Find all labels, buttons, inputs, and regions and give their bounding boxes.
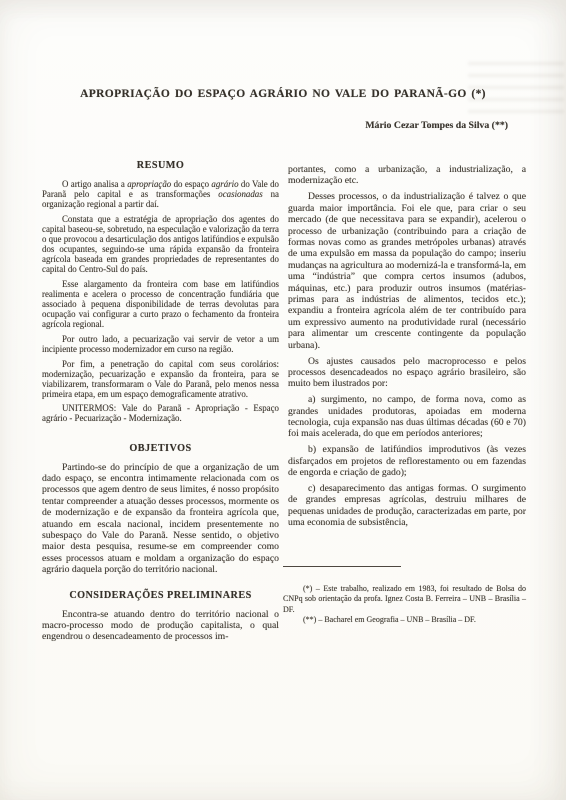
resumo-p1-italic-agrario: agrário <box>211 179 238 189</box>
list-item-c: c) desaparecimento das antigas formas. O… <box>288 483 526 529</box>
resumo-p1-mid1: do espaço <box>171 179 211 189</box>
footnote-2: (**) – Bacharel em Geografia – UNB – Bra… <box>283 615 526 625</box>
right-column: portantes, como a urbanização, a industr… <box>288 164 526 533</box>
resumo-paragraph-4: Por outro lado, a pecuarização vai servi… <box>42 334 279 354</box>
paper-author: Mário Cezar Tompes da Silva (**) <box>240 120 508 131</box>
ajustes-paragraph: Os ajustes causados pelo macroprocesso e… <box>288 356 526 390</box>
footnote-block: (*) – Este trabalho, realizado em 1983, … <box>283 566 526 626</box>
scanned-paper-page: APROPRIAÇÃO DO ESPAÇO AGRÁRIO NO VALE DO… <box>0 0 566 800</box>
objetivos-paragraph: Partindo-se do princípio de que a organi… <box>42 462 279 576</box>
resumo-p1-italic-apropriacao: apropriação <box>127 179 171 189</box>
objetivos-heading: OBJETIVOS <box>42 443 279 454</box>
continuation-paragraph: portantes, como a urbanização, a industr… <box>288 164 526 187</box>
paper-title: APROPRIAÇÃO DO ESPAÇO AGRÁRIO NO VALE DO… <box>40 88 526 100</box>
resumo-paragraph-3: Esse alargamento da fronteira com base e… <box>42 279 279 329</box>
consideracoes-paragraph: Encontra-se atuando dentro do território… <box>42 609 279 643</box>
resumo-p1-lead: O artigo analisa a <box>62 179 127 189</box>
resumo-paragraph-1: O artigo analisa a apropriação do espaço… <box>42 179 279 209</box>
resumo-paragraph-5: Por fim, a penetração do capital com seu… <box>42 359 279 399</box>
consideracoes-heading: CONSIDERAÇÕES PRELIMINARES <box>42 590 279 601</box>
list-item-b: b) expansão de latifúndios improdutivos … <box>288 444 526 478</box>
resumo-p1-italic-ocasionadas: ocasionadas <box>218 189 262 199</box>
ink-bleedthrough-artifact <box>468 58 564 114</box>
unitermos-paragraph: UNITERMOS: Vale do Paranã - Apropriação … <box>42 403 279 423</box>
list-item-a: a) surgimento, no campo, de forma nova, … <box>288 394 526 440</box>
industrializacao-paragraph: Desses processos, o da industrialização … <box>288 191 526 351</box>
resumo-paragraph-2: Constata que a estratégia de apropriação… <box>42 214 279 275</box>
footnote-1: (*) – Este trabalho, realizado em 1983, … <box>283 584 526 615</box>
resumo-heading: RESUMO <box>42 160 279 171</box>
footnote-separator <box>283 566 401 567</box>
left-column: RESUMO O artigo analisa a apropriação do… <box>42 160 279 647</box>
